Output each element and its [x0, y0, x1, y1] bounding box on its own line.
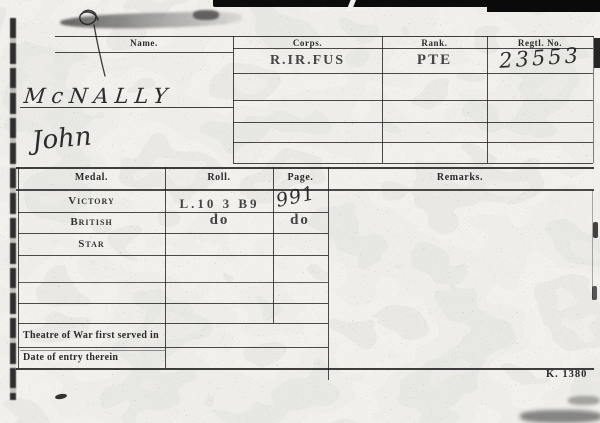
grid-line — [233, 100, 593, 101]
scan-artifact-right-edge-mark-3 — [592, 286, 597, 300]
grid-line — [233, 142, 593, 143]
scan-artifact-right-edge-mark-1 — [594, 38, 600, 68]
victory-roll-value: L.10 3 B9 — [166, 196, 273, 212]
rank-header: Rank. — [382, 38, 487, 48]
grid-line — [18, 303, 328, 304]
scan-artifact-top-right-block — [487, 0, 600, 12]
medal-index-card-scan: Name. Corps. Rank. Regtl. No. McNALLY Jo… — [0, 0, 600, 423]
grid-line — [233, 73, 593, 74]
form-code: K. 1380 — [546, 369, 587, 380]
grid-line — [233, 163, 593, 164]
forename-value: John — [31, 121, 93, 156]
corps-value: R.IR.FUS — [233, 53, 382, 69]
theatre-of-war-label: Theatre of War first served in — [23, 330, 159, 341]
grid-line — [18, 255, 328, 256]
british-roll-value: do — [166, 212, 273, 229]
medal-row-star-label: Star — [18, 238, 165, 250]
scan-artifact-right-edge-mark-2 — [593, 222, 598, 238]
grid-line — [487, 36, 488, 163]
grid-line — [233, 122, 593, 123]
grid-line — [16, 368, 594, 370]
grid-line — [18, 282, 328, 283]
scan-artifact-bottom-right-smudge-2 — [568, 396, 600, 405]
corps-header: Corps. — [233, 38, 382, 48]
grid-line — [328, 167, 329, 380]
card-content: Name. Corps. Rank. Regtl. No. McNALLY Jo… — [0, 0, 600, 423]
grid-line — [20, 350, 165, 351]
remarks-column-header: Remarks. — [328, 172, 592, 183]
page-column-header: Page. — [273, 172, 328, 183]
grid-line — [592, 190, 593, 300]
medal-row-victory-label: Victory — [18, 195, 165, 207]
victory-page-value: 991 — [274, 182, 317, 212]
roll-column-header: Roll. — [165, 172, 273, 183]
british-page-value: do — [273, 212, 327, 229]
grid-line — [55, 36, 594, 37]
grid-line — [18, 233, 328, 234]
grid-line — [16, 167, 594, 169]
scan-artifact-bottom-right-smudge — [520, 410, 600, 423]
grid-line — [18, 347, 328, 348]
grid-line — [18, 323, 328, 324]
date-of-entry-label: Date of entry therein — [23, 352, 118, 363]
rank-value: PTE — [382, 52, 487, 69]
medal-column-header: Medal. — [18, 172, 165, 183]
medal-row-british-label: British — [18, 216, 165, 228]
scan-artifact-left-edge-bar — [10, 18, 16, 400]
